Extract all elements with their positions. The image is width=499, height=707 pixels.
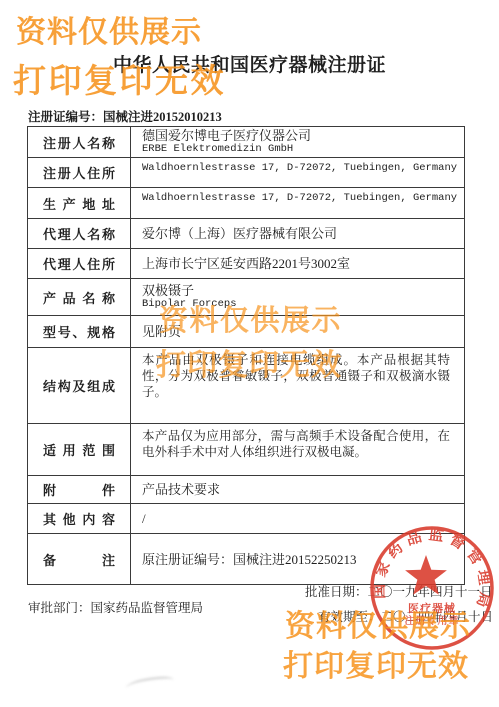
- row-value: 爱尔博（上海）医疗器械有限公司: [131, 219, 464, 248]
- row-label: 代理人住所: [28, 249, 131, 278]
- row-value-line: 见附页: [142, 324, 456, 339]
- approval-date-line: 批准日期：二〇一九年四月十一日: [305, 582, 493, 600]
- row-value-line: 本产品由双极镊子和连接电缆组成。本产品根据其特性，分为双极普睿敏镊子，双极普通镊…: [142, 352, 456, 400]
- row-value-line: 上海市长宁区延安西路2201号3002室: [142, 256, 456, 271]
- row-label: 注册人名称: [28, 127, 131, 157]
- certificate-page: 资料仅供展示 打印复印无效 资料仅供展示 打印复印无效 资料仅供展示 打印复印无…: [0, 0, 499, 707]
- table-row: 适用范围本产品仅为应用部分，需与高频手术设备配合使用，在电外科手术中对人体组织进…: [28, 424, 464, 476]
- approval-date-value: 二〇一九年四月十一日: [368, 585, 493, 599]
- table-row: 附件产品技术要求: [28, 476, 464, 504]
- table-row: 注册人住所Waldhoernlestrasse 17, D-72072, Tue…: [28, 158, 464, 188]
- row-value-line: 德国爱尔博电子医疗仪器公司: [142, 128, 456, 143]
- approval-date-label: 批准日期：: [305, 585, 368, 599]
- row-value-line: 本产品仅为应用部分，需与高频手术设备配合使用，在电外科手术中对人体组织进行双极电…: [142, 428, 456, 460]
- table-row: 型号、规格见附页: [28, 316, 464, 348]
- watermark-print-invalid-bottom: 打印复印无效: [283, 650, 469, 683]
- row-value: Waldhoernlestrasse 17, D-72072, Tuebinge…: [131, 158, 464, 187]
- row-value: 双极镊子Bipolar Forceps: [131, 279, 464, 315]
- row-label: 产品名称: [28, 279, 131, 315]
- row-value-line: Bipolar Forceps: [142, 298, 456, 311]
- certificate-number-line: 注册证编号：国械注进20152010213: [28, 107, 222, 125]
- certificate-number-value: 国械注进20152010213: [103, 110, 222, 124]
- table-row: 结构及组成本产品由双极镊子和连接电缆组成。本产品根据其特性，分为双极普睿敏镊子，…: [28, 348, 464, 424]
- row-label: 适用范围: [28, 424, 131, 475]
- table-row: 其他内容/: [28, 504, 464, 534]
- row-value-line: 双极镊子: [142, 283, 456, 298]
- row-value-line: Waldhoernlestrasse 17, D-72072, Tuebinge…: [142, 162, 456, 175]
- valid-until-value: 二〇二四年四月十日: [381, 610, 494, 624]
- scan-smudge-artifact: [125, 675, 174, 694]
- row-value: /: [131, 504, 464, 533]
- table-row: 代理人住所上海市长宁区延安西路2201号3002室: [28, 249, 464, 279]
- row-value: 产品技术要求: [131, 476, 464, 503]
- valid-until-line: 有效期至：二〇二四年四月十日: [318, 607, 493, 625]
- row-value: Waldhoernlestrasse 17, D-72072, Tuebinge…: [131, 188, 464, 218]
- row-value: 见附页: [131, 316, 464, 347]
- row-value: 原注册证编号：国械注进20152250213: [131, 534, 464, 584]
- row-label: 其他内容: [28, 504, 131, 533]
- row-value: 德国爱尔博电子医疗仪器公司ERBE Elektromedizin GmbH: [131, 127, 464, 157]
- row-label: 注册人住所: [28, 158, 131, 187]
- certificate-title: 中华人民共和国医疗器械注册证: [0, 50, 499, 77]
- table-row: 注册人名称德国爱尔博电子医疗仪器公司ERBE Elektromedizin Gm…: [28, 127, 464, 158]
- row-value-line: 产品技术要求: [142, 482, 456, 497]
- table-row: 产品名称双极镊子Bipolar Forceps: [28, 279, 464, 316]
- certificate-number-label: 注册证编号：: [28, 110, 103, 124]
- row-label: 附件: [28, 476, 131, 503]
- row-value: 本产品由双极镊子和连接电缆组成。本产品根据其特性，分为双极普睿敏镊子，双极普通镊…: [131, 348, 464, 423]
- row-label: 型号、规格: [28, 316, 131, 347]
- row-label: 结构及组成: [28, 348, 131, 423]
- row-value-line: ERBE Elektromedizin GmbH: [142, 143, 456, 156]
- cert-table: 注册人名称德国爱尔博电子医疗仪器公司ERBE Elektromedizin Gm…: [27, 126, 465, 585]
- row-value: 本产品仅为应用部分，需与高频手术设备配合使用，在电外科手术中对人体组织进行双极电…: [131, 424, 464, 475]
- row-value-line: /: [142, 511, 456, 526]
- row-value: 上海市长宁区延安西路2201号3002室: [131, 249, 464, 278]
- table-row: 生产地址Waldhoernlestrasse 17, D-72072, Tueb…: [28, 188, 464, 219]
- table-row: 代理人名称爱尔博（上海）医疗器械有限公司: [28, 219, 464, 249]
- row-label: 生产地址: [28, 188, 131, 218]
- row-label: 备注: [28, 534, 131, 584]
- valid-until-label: 有效期至：: [318, 610, 381, 624]
- row-value-line: Waldhoernlestrasse 17, D-72072, Tuebinge…: [142, 192, 456, 205]
- approval-department-line: 审批部门：国家药品监督管理局: [28, 598, 203, 616]
- watermark-display-only-top: 资料仅供展示: [16, 16, 202, 49]
- row-value-line: 原注册证编号：国械注进20152250213: [142, 552, 456, 567]
- approval-department-label: 审批部门：: [28, 601, 91, 615]
- row-value-line: 爱尔博（上海）医疗器械有限公司: [142, 226, 456, 241]
- row-label: 代理人名称: [28, 219, 131, 248]
- table-row: 备注原注册证编号：国械注进20152250213: [28, 534, 464, 584]
- approval-department-value: 国家药品监督管理局: [91, 601, 204, 615]
